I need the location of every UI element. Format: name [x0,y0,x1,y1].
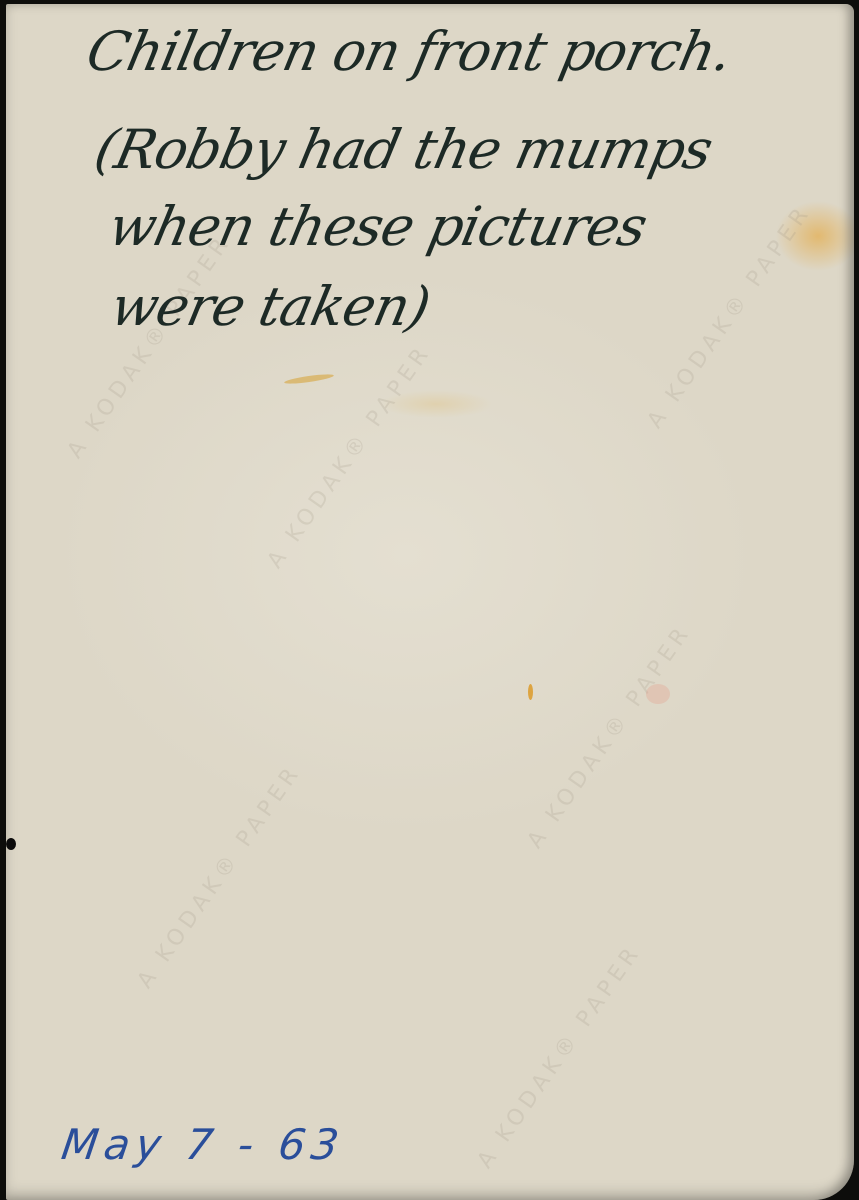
note-line-1: Children on front porch. [81,20,737,83]
punch-mark [6,838,16,850]
kodak-watermark: A KODAK® PAPER [473,940,647,1173]
stain-spot [646,684,670,704]
stain-streak [284,373,334,386]
kodak-watermark: A KODAK® PAPER [63,230,237,463]
note-line-2: (Robby had the mumps [89,118,717,181]
date-note: May 7 - 63 [59,1120,348,1169]
ink-speck [528,684,533,700]
note-line-4: were taken) [105,275,435,338]
kodak-watermark: A KODAK® PAPER [133,760,307,993]
kodak-watermark: A KODAK® PAPER [263,340,437,573]
photo-back-paper: A KODAK® PAPER A KODAK® PAPER A KODAK® P… [6,4,854,1200]
kodak-watermark: A KODAK® PAPER [643,200,817,433]
kodak-watermark: A KODAK® PAPER [523,620,697,853]
note-line-3: when these pictures [103,195,652,258]
